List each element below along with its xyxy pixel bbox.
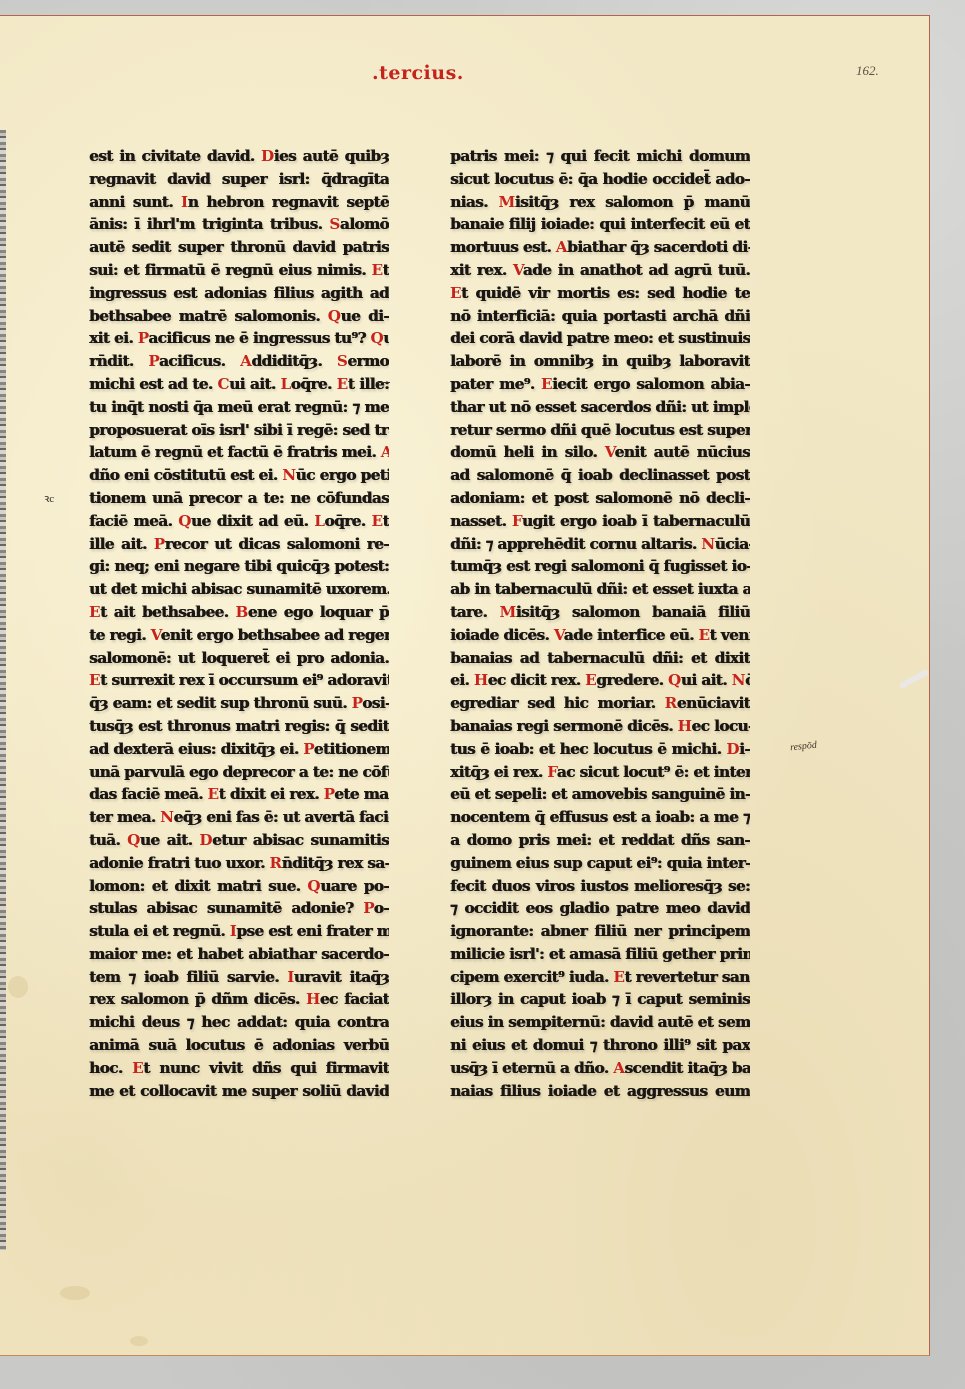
rubricated-initial: P [303, 740, 313, 758]
rubricated-initial: E [541, 375, 552, 393]
rubricated-initial: I [230, 922, 237, 940]
rubricated-initial: L [314, 512, 324, 530]
rubricated-initial: A [240, 352, 251, 370]
rubricated-initial: Q [178, 512, 191, 530]
rubricated-initial: E [585, 671, 596, 689]
text-line: ab in tabernaculū dñi: et esset iuxta al… [450, 578, 750, 601]
rubricated-initial: V [605, 443, 615, 461]
text-line: domū heli in silo. Venit autē nūcius [450, 441, 750, 464]
text-line: ad salomonē q̄ ioab declinasset post [450, 464, 750, 487]
rubricated-initial: Q [668, 671, 681, 689]
text-line: ille ait. Precor ut dicas salomoni re- [89, 533, 389, 556]
text-line: michi deus ⁊ hec addat: quia contra [89, 1011, 389, 1034]
text-line: ioiade dicēs. Vade interfice eū. Et veni… [450, 624, 750, 647]
text-line: pater me⁹. Eiecit ergo salomon abia- [450, 373, 750, 396]
text-line: stulas abisac sunamitē adonie? Po- [89, 897, 389, 920]
rubricated-initial: Q [127, 831, 140, 849]
running-head: .tercius. [372, 62, 464, 84]
rubricated-initial: I [287, 968, 294, 986]
rubricated-initial: E [371, 512, 382, 530]
rubricated-initial: S [337, 352, 347, 370]
text-line: salomonē: ut loqueret̄ ei pro adonia. [89, 647, 389, 670]
rubricated-initial: P [324, 785, 334, 803]
text-line: xitq̄ȝ ei rex. Fac sicut locut⁹ ē: et in… [450, 761, 750, 784]
rubricated-initial: E [132, 1059, 143, 1077]
rubricated-initial: L [281, 375, 291, 393]
text-line: te regi. Venit ergo bethsabee ad regem [89, 624, 389, 647]
rubricated-initial: E [89, 603, 100, 621]
text-column-left: est in civitate david. Dies autē quibȝre… [89, 145, 389, 1102]
text-line: eius in sempiternū: david autē et semi- [450, 1011, 750, 1034]
rubricated-initial: R [665, 694, 677, 712]
rubricated-initial: P [363, 899, 373, 917]
text-line: sui: et firmatū ē regnū eius nimis. Et [89, 259, 389, 282]
text-line: latum ē regnū et factū ē fratris mei. A [89, 441, 389, 464]
text-line: banaie filij ioiade: qui interfecit eū e… [450, 213, 750, 236]
text-line: proposuerat oīs isrl' sibi ī regē: sed t… [89, 419, 389, 442]
rubricated-initial: H [474, 671, 488, 689]
rubricated-initial: V [513, 261, 523, 279]
text-line: tuā. Que ait. Detur abisac sunamitis [89, 829, 389, 852]
text-line: milicie isrl': et amasā filiū gether pri… [450, 943, 750, 966]
text-line: nasset. Fugit ergo ioab ī tabernaculū [450, 510, 750, 533]
text-line: tumq̄ȝ est regi salomoni q̄ fugisset io- [450, 555, 750, 578]
text-line: unā parvulā ego deprecor a te: ne cōfun- [89, 761, 389, 784]
text-line: patris mei: ⁊ qui fecit michi domum [450, 145, 750, 168]
rubricated-initial: Q [370, 329, 383, 347]
rubricated-initial: P [148, 352, 158, 370]
text-line: dñi: ⁊ apprehēdit cornu altaris. Nūcia- [450, 533, 750, 556]
text-line: banaias ad tabernaculū dñi: et dixit [450, 647, 750, 670]
text-line: tionem unā precor a te: ne cōfundas [89, 487, 389, 510]
rubricated-initial: E [208, 785, 219, 803]
rubricated-initial: D [199, 831, 212, 849]
text-line: nō interficiā: quia portasti archā dñi [450, 305, 750, 328]
text-line: ad dexterā eius: dixitq̄ȝ ei. Petitionem [89, 738, 389, 761]
text-line: adoniam: et post salomonē nō decli- [450, 487, 750, 510]
text-line: regnavit david super isrl: q̄dragīta [89, 168, 389, 191]
text-line: michi est ad te. Cui ait. Loq̄re. Et ill… [89, 373, 389, 396]
rubricated-initial: E [450, 284, 461, 302]
text-line: maior me: et habet abiathar sacerdo- [89, 943, 389, 966]
text-line: retur sermo dñi quē locutus est super [450, 419, 750, 442]
rubricated-initial: N [732, 671, 745, 689]
text-line: egrediar sed hic moriar. Renūciavit [450, 692, 750, 715]
rubricated-initial: H [306, 990, 320, 1008]
text-line: fecit duos viros iustos melioresq̄ȝ se: [450, 875, 750, 898]
text-line: ignorante: abner filiū ner principem [450, 920, 750, 943]
rubricated-initial: E [337, 375, 348, 393]
text-line: ingressus est adonias filius agith ad [89, 282, 389, 305]
text-line: guinem eius sup caput ei⁹: quia inter- [450, 852, 750, 875]
text-line: thar ut nō esset sacerdos dñi: ut imple- [450, 396, 750, 419]
rubricated-initial: I [181, 193, 188, 211]
rubricated-initial: S [329, 215, 339, 233]
text-line: banaias regi sermonē dicēs. Hec locu- [450, 715, 750, 738]
folio-number: 162. [856, 63, 879, 79]
text-line: lomon: et dixit matri sue. Quare po- [89, 875, 389, 898]
text-line: eū et sepeli: et amovebis sanguinē in- [450, 783, 750, 806]
text-line: laborē in omnibȝ in quibȝ laboravit [450, 350, 750, 373]
text-line: xit rex. Vade in anathot ad agrū tuū. [450, 259, 750, 282]
rubricated-initial: E [372, 261, 383, 279]
text-line: cipem exercit⁹ iuda. Et revertetur sangu… [450, 966, 750, 989]
rubricated-initial: E [89, 671, 100, 689]
text-line: nocentem q̄ effusus est a ioab: a me ⁊ [450, 806, 750, 829]
rubricated-initial: P [352, 694, 362, 712]
text-line: dei corā david patre meo: et sustinuisti [450, 327, 750, 350]
text-line: Et quidē vir mortis es: sed hodie te [450, 282, 750, 305]
rubricated-initial: F [512, 512, 522, 530]
rubricated-initial: V [151, 626, 161, 644]
rubricated-initial: E [613, 968, 624, 986]
text-line: ut det michi abisac sunamitē uxorem. [89, 578, 389, 601]
rubricated-initial: H [678, 717, 692, 735]
rubricated-initial: N [160, 808, 173, 826]
paper-stain [60, 1286, 90, 1300]
text-line: stula ei et regnū. Ipse est eni frater m… [89, 920, 389, 943]
binding-edge [0, 130, 6, 1250]
rubricated-initial: Q [307, 877, 320, 895]
margin-mark-left: ꝛc [44, 491, 54, 506]
text-line: naias filius ioiade et aggressus eum [450, 1080, 750, 1103]
text-line: hoc. Et nunc vivit dñs qui firmavit [89, 1057, 389, 1080]
rubricated-initial: C [218, 375, 230, 393]
text-line: animā suā locutus ē adonias verbū [89, 1034, 389, 1057]
text-line: xit ei. Pacificus ne ē ingressus tu⁹? Qu… [89, 327, 389, 350]
text-line: tem ⁊ ioab filiū sarvie. Iuravit itaq̄ȝ [89, 966, 389, 989]
text-line: rn̄dit. Pacificus. Addiditq̄ȝ. Sermo [89, 350, 389, 373]
rubricated-initial: P [138, 329, 148, 347]
rubricated-initial: Q [328, 307, 341, 325]
text-line: tusq̄ȝ est thronus matri regis: q̄ sedit [89, 715, 389, 738]
text-line: ⁊ occidit eos gladio patre meo david [450, 897, 750, 920]
rubricated-initial: M [498, 193, 514, 211]
rubricated-initial: D [261, 147, 274, 165]
text-line: rex salomon p̄ dñm dicēs. Hec faciat [89, 988, 389, 1011]
paper-stain [130, 1336, 148, 1346]
text-line: Et surrexit rex ī occursum ei⁹ adoravit- [89, 669, 389, 692]
text-line: sicut locutus ē: q̄a hodie occidet̄ ado- [450, 168, 750, 191]
text-line: adonie fratri tuo uxor. Rn̄ditq̄ȝ rex sa… [89, 852, 389, 875]
text-column-right: patris mei: ⁊ qui fecit michi domumsicut… [450, 145, 750, 1102]
text-line: faciē meā. Que dixit ad eū. Loq̄re. Et [89, 510, 389, 533]
paper-stain [8, 976, 28, 998]
text-line: gi: neq; eni negare tibi quicq̄ȝ potest: [89, 555, 389, 578]
text-line: me et collocavit me super soliū david [89, 1080, 389, 1103]
text-line: autē sedit super thronū david patris [89, 236, 389, 259]
rubricated-initial: P [154, 535, 165, 553]
text-line: tu inq̄t nosti q̄a meū erat regnū: ⁊ me [89, 396, 389, 419]
rubricated-initial: V [554, 626, 564, 644]
rubricated-initial: A [613, 1059, 624, 1077]
rubricated-initial: B [235, 603, 247, 621]
text-line: tare. Misitq̄ȝ salomon banaiā filiū [450, 601, 750, 624]
text-line: ei. Hec dicit rex. Egredere. Qui ait. Nō [450, 669, 750, 692]
text-line: ter mea. Neq̄ȝ eni fas ē: ut avertā faci… [89, 806, 389, 829]
text-line: illorȝ in caput ioab ⁊ ī caput seminis [450, 988, 750, 1011]
text-line: anni sunt. In hebron regnavit septē [89, 191, 389, 214]
text-line: Et ait bethsabee. Bene ego loquar p̄ [89, 601, 389, 624]
rubricated-initial: E [698, 626, 709, 644]
text-line: bethsabee matrē salomonis. Que di- [89, 305, 389, 328]
margin-tick [376, 382, 390, 383]
rubricated-initial: A [556, 238, 567, 256]
text-line: ni eius et domui ⁊ throno illi⁹ sit pax [450, 1034, 750, 1057]
text-line: mortuus est. Abiathar q̄ȝ sacerdoti di- [450, 236, 750, 259]
text-line: ānis: ī ihrl'm triginta tribus. Salomō [89, 213, 389, 236]
text-line: a domo pris mei: et reddat dñs san- [450, 829, 750, 852]
text-line: est in civitate david. Dies autē quibȝ [89, 145, 389, 168]
text-line: usq̄ȝ ī eternū a dño. Ascendit itaq̄ȝ ba… [450, 1057, 750, 1080]
text-line: dño eni cōstitutū est ei. Nūc ergo peti- [89, 464, 389, 487]
text-line: q̄ȝ eam: et sedit sup thronū suū. Posi- [89, 692, 389, 715]
text-line: nias. Misitq̄ȝ rex salomon p̄ manū [450, 191, 750, 214]
rubricated-initial: A [381, 443, 389, 461]
text-line: das faciē meā. Et dixit ei rex. Pete ma- [89, 783, 389, 806]
rubricated-initial: N [701, 535, 714, 553]
rubricated-initial: R [269, 854, 281, 872]
rubricated-initial: F [547, 763, 556, 781]
rubricated-initial: D [726, 740, 739, 758]
text-line: tus ē ioab: et hec locutus ē michi. Di- [450, 738, 750, 761]
rubricated-initial: M [499, 603, 515, 621]
rubricated-initial: N [282, 466, 295, 484]
